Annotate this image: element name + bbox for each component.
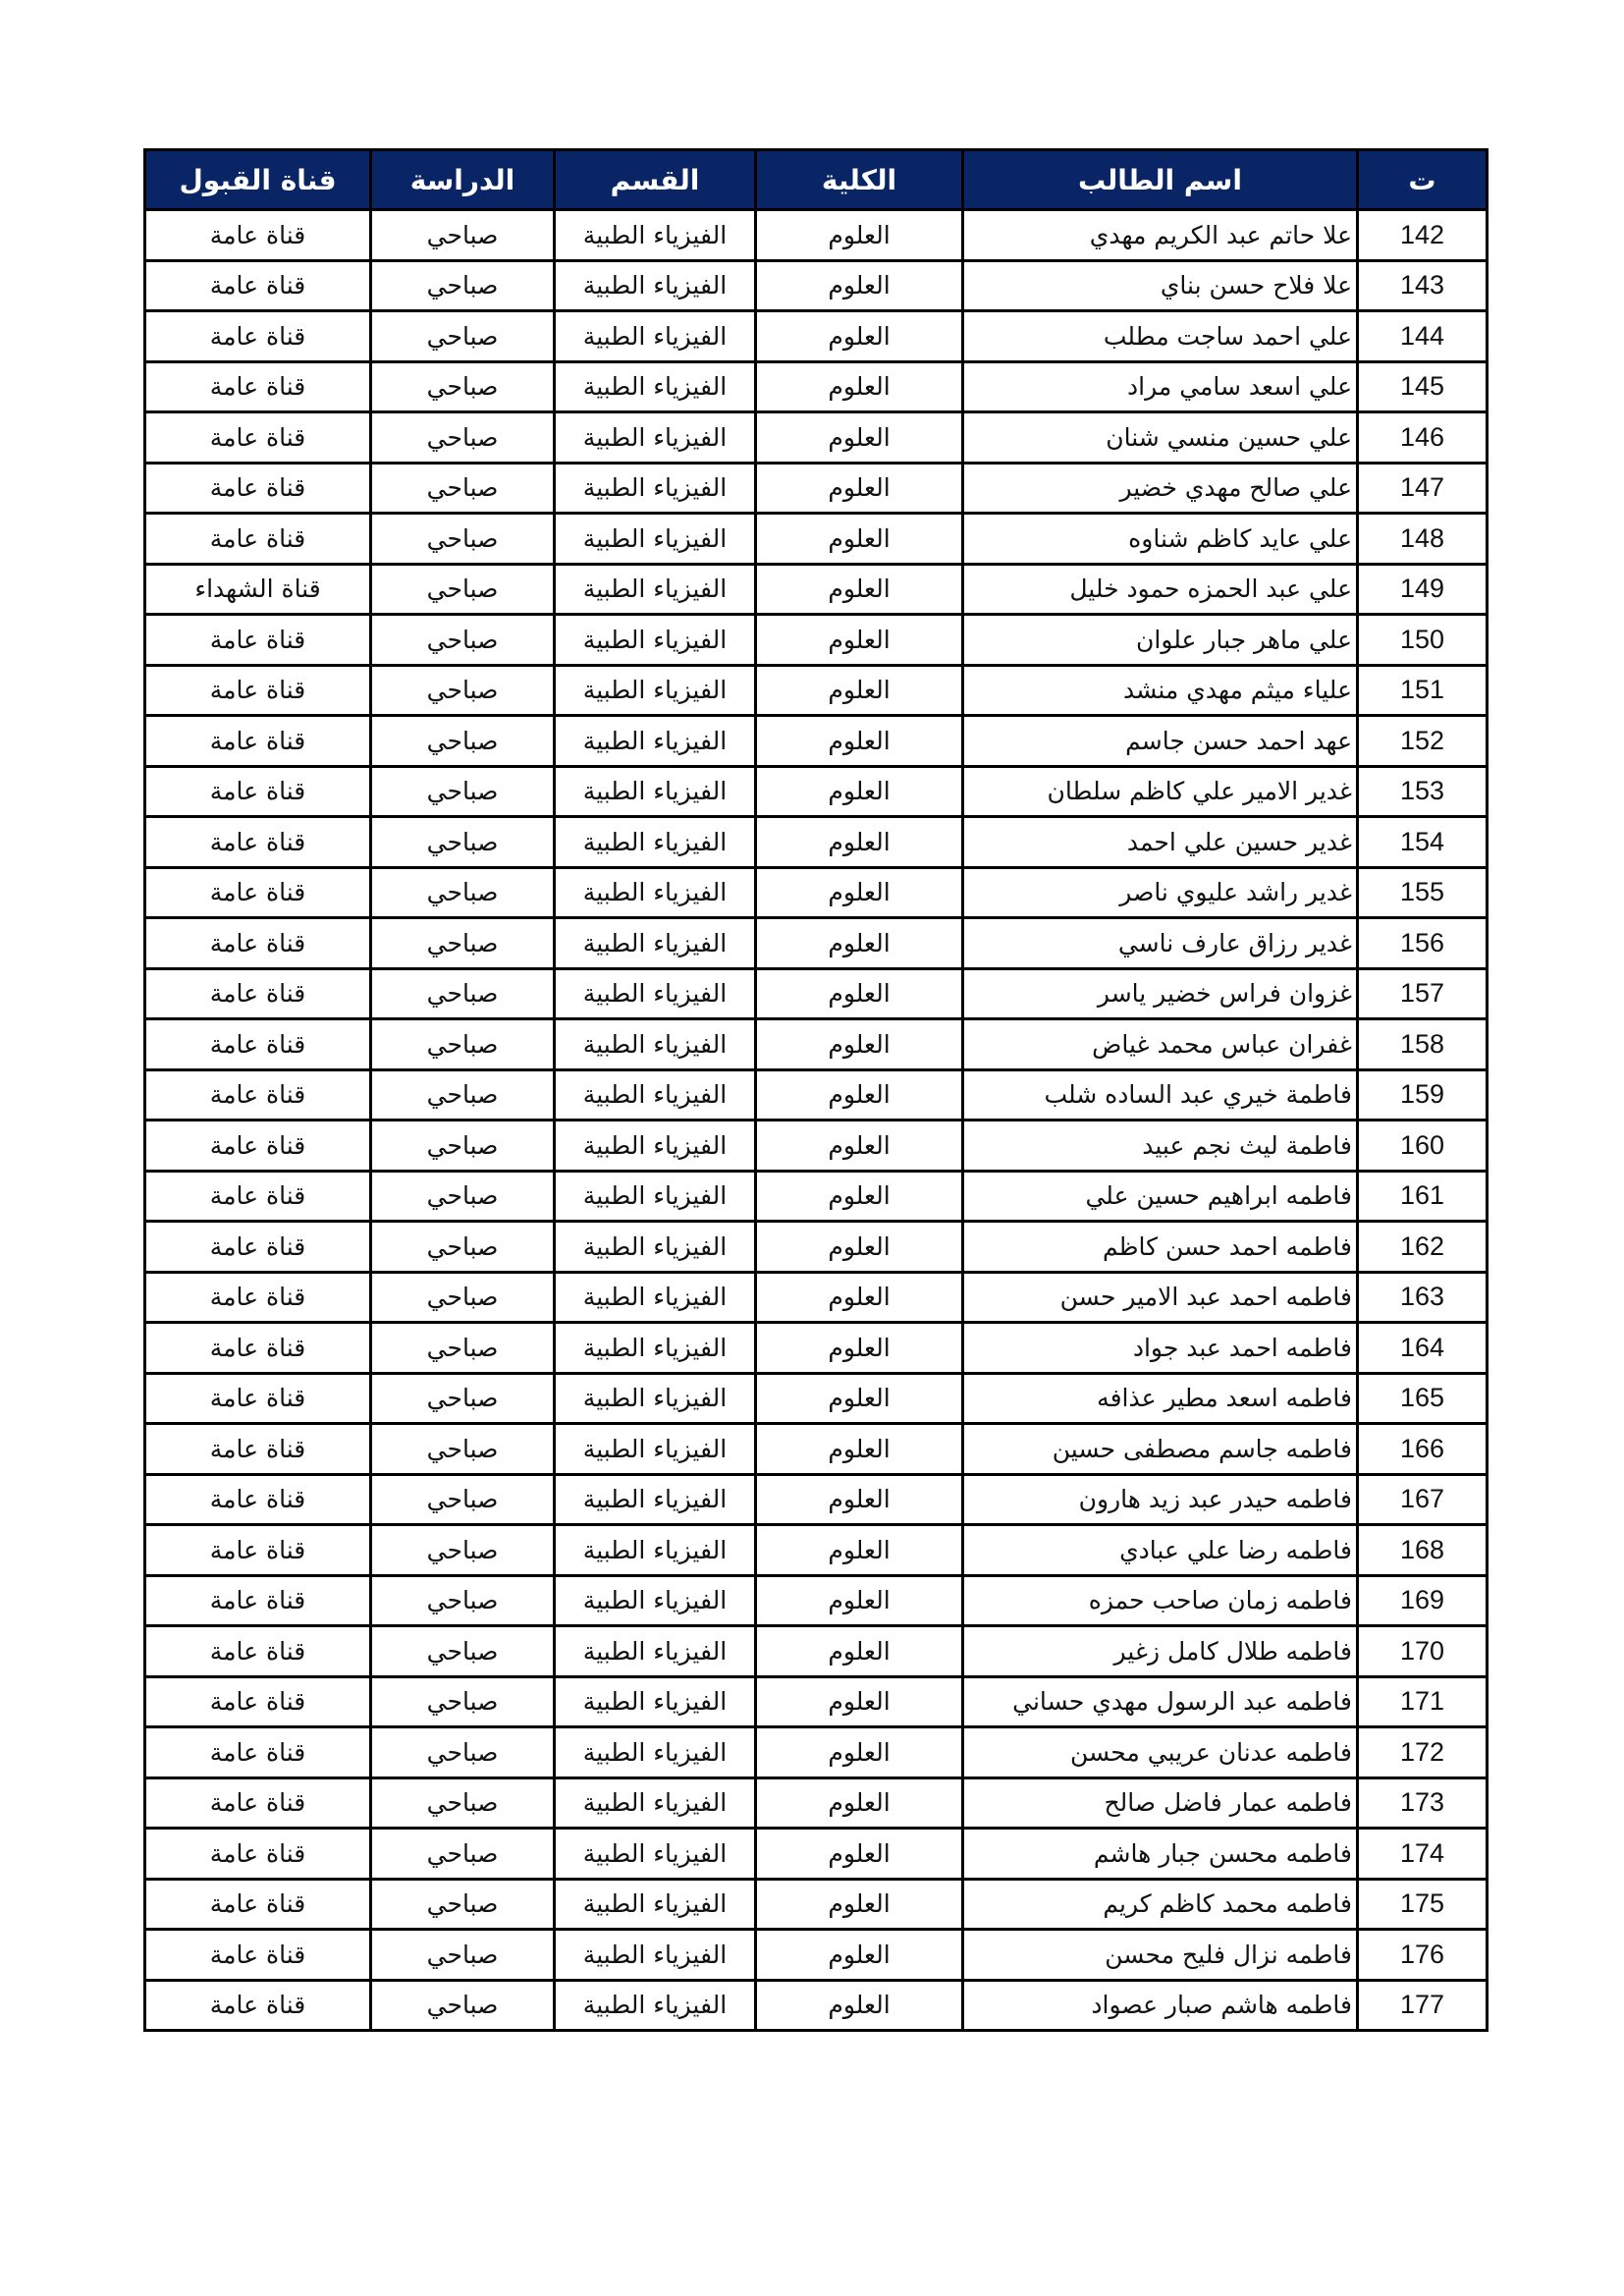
- department-cell: الفيزياء الطبية: [555, 1222, 756, 1273]
- row-num-cell: 155: [1358, 867, 1488, 918]
- student-table-container: ت اسم الطالب الكلية القسم الدراسة قناة ا…: [143, 148, 1486, 2032]
- college-cell: العلوم: [756, 1171, 963, 1222]
- row-num-cell: 157: [1358, 968, 1488, 1019]
- department-cell: الفيزياء الطبية: [555, 1019, 756, 1070]
- row-num-cell: 149: [1358, 564, 1488, 615]
- study-type-cell: صباحي: [371, 463, 555, 514]
- admission-channel-cell: قناة عامة: [145, 1222, 371, 1273]
- student-name-cell: علياء ميثم مهدي منشد: [963, 665, 1358, 716]
- table-row: 152عهد احمد حسن جاسمالعلومالفيزياء الطبي…: [145, 716, 1488, 767]
- table-row: 151علياء ميثم مهدي منشدالعلومالفيزياء ال…: [145, 665, 1488, 716]
- table-row: 165فاطمه اسعد مطير عذافهالعلومالفيزياء ا…: [145, 1373, 1488, 1424]
- row-num-cell: 156: [1358, 918, 1488, 969]
- admission-channel-cell: قناة الشهداء: [145, 564, 371, 615]
- college-cell: العلوم: [756, 1676, 963, 1727]
- table-row: 174فاطمه محسن جبار هاشمالعلومالفيزياء ال…: [145, 1829, 1488, 1880]
- college-cell: العلوم: [756, 311, 963, 362]
- study-type-cell: صباحي: [371, 1019, 555, 1070]
- student-name-cell: علي صالح مهدي خضير: [963, 463, 1358, 514]
- student-name-cell: فاطمه محسن جبار هاشم: [963, 1829, 1358, 1880]
- row-num-cell: 158: [1358, 1019, 1488, 1070]
- header-row: ت اسم الطالب الكلية القسم الدراسة قناة ا…: [145, 150, 1488, 210]
- department-cell: الفيزياء الطبية: [555, 1171, 756, 1222]
- table-row: 148علي عايد كاظم شناوهالعلومالفيزياء الط…: [145, 514, 1488, 565]
- table-row: 173فاطمه عمار فاضل صالحالعلومالفيزياء ال…: [145, 1777, 1488, 1829]
- table-row: 172فاطمه عدنان عريبي محسنالعلومالفيزياء …: [145, 1727, 1488, 1778]
- student-name-cell: فاطمه احمد عبد الامير حسن: [963, 1272, 1358, 1323]
- department-cell: الفيزياء الطبية: [555, 1069, 756, 1121]
- study-type-cell: صباحي: [371, 665, 555, 716]
- department-cell: الفيزياء الطبية: [555, 463, 756, 514]
- row-num-cell: 169: [1358, 1575, 1488, 1626]
- admission-channel-cell: قناة عامة: [145, 210, 371, 261]
- row-num-cell: 174: [1358, 1829, 1488, 1880]
- student-name-cell: علي ماهر جبار علوان: [963, 615, 1358, 666]
- admission-channel-cell: قناة عامة: [145, 463, 371, 514]
- row-num-cell: 171: [1358, 1676, 1488, 1727]
- department-cell: الفيزياء الطبية: [555, 968, 756, 1019]
- student-name-cell: علي حسين منسي شنان: [963, 412, 1358, 464]
- table-row: 168فاطمه رضا علي عباديالعلومالفيزياء الط…: [145, 1525, 1488, 1576]
- department-cell: الفيزياء الطبية: [555, 1777, 756, 1829]
- college-cell: العلوم: [756, 1777, 963, 1829]
- table-row: 154غدير حسين علي احمدالعلومالفيزياء الطب…: [145, 817, 1488, 868]
- department-cell: الفيزياء الطبية: [555, 514, 756, 565]
- row-num-cell: 146: [1358, 412, 1488, 464]
- study-type-cell: صباحي: [371, 1676, 555, 1727]
- admission-channel-cell: قناة عامة: [145, 1829, 371, 1880]
- department-cell: الفيزياء الطبية: [555, 1879, 756, 1930]
- row-num-cell: 172: [1358, 1727, 1488, 1778]
- admission-channel-cell: قناة عامة: [145, 1272, 371, 1323]
- study-type-cell: صباحي: [371, 1777, 555, 1829]
- header-num: ت: [1358, 150, 1488, 210]
- department-cell: الفيزياء الطبية: [555, 1373, 756, 1424]
- table-body: 142علا حاتم عبد الكريم مهديالعلومالفيزيا…: [145, 210, 1488, 2031]
- student-name-cell: فاطمه نزال فليح محسن: [963, 1930, 1358, 1981]
- student-name-cell: فاطمه اسعد مطير عذافه: [963, 1373, 1358, 1424]
- admission-channel-cell: قناة عامة: [145, 665, 371, 716]
- row-num-cell: 167: [1358, 1474, 1488, 1525]
- admission-channel-cell: قناة عامة: [145, 1980, 371, 2031]
- admission-channel-cell: قناة عامة: [145, 1373, 371, 1424]
- college-cell: العلوم: [756, 665, 963, 716]
- study-type-cell: صباحي: [371, 514, 555, 565]
- study-type-cell: صباحي: [371, 1525, 555, 1576]
- study-type-cell: صباحي: [371, 1879, 555, 1930]
- table-row: 143علا فلاح حسن بنايالعلومالفيزياء الطبي…: [145, 260, 1488, 311]
- admission-channel-cell: قناة عامة: [145, 615, 371, 666]
- college-cell: العلوم: [756, 1575, 963, 1626]
- study-type-cell: صباحي: [371, 615, 555, 666]
- admission-channel-cell: قناة عامة: [145, 1121, 371, 1172]
- study-type-cell: صباحي: [371, 361, 555, 412]
- study-type-cell: صباحي: [371, 817, 555, 868]
- college-cell: العلوم: [756, 867, 963, 918]
- study-type-cell: صباحي: [371, 968, 555, 1019]
- college-cell: العلوم: [756, 1930, 963, 1981]
- row-num-cell: 142: [1358, 210, 1488, 261]
- table-row: 145علي اسعد سامي مرادالعلومالفيزياء الطب…: [145, 361, 1488, 412]
- row-num-cell: 168: [1358, 1525, 1488, 1576]
- row-num-cell: 165: [1358, 1373, 1488, 1424]
- table-row: 171فاطمه عبد الرسول مهدي حسانيالعلومالفي…: [145, 1676, 1488, 1727]
- admission-channel-cell: قناة عامة: [145, 817, 371, 868]
- table-row: 153غدير الامير علي كاظم سلطانالعلومالفيز…: [145, 766, 1488, 817]
- row-num-cell: 162: [1358, 1222, 1488, 1273]
- table-row: 156غدير رزاق عارف ناسيالعلومالفيزياء الط…: [145, 918, 1488, 969]
- study-type-cell: صباحي: [371, 1272, 555, 1323]
- row-num-cell: 152: [1358, 716, 1488, 767]
- study-type-cell: صباحي: [371, 564, 555, 615]
- college-cell: العلوم: [756, 514, 963, 565]
- study-type-cell: صباحي: [371, 1474, 555, 1525]
- department-cell: الفيزياء الطبية: [555, 766, 756, 817]
- admission-channel-cell: قناة عامة: [145, 260, 371, 311]
- department-cell: الفيزياء الطبية: [555, 1980, 756, 2031]
- department-cell: الفيزياء الطبية: [555, 564, 756, 615]
- row-num-cell: 173: [1358, 1777, 1488, 1829]
- study-type-cell: صباحي: [371, 766, 555, 817]
- header-student-name: اسم الطالب: [963, 150, 1358, 210]
- department-cell: الفيزياء الطبية: [555, 1930, 756, 1981]
- college-cell: العلوم: [756, 817, 963, 868]
- row-num-cell: 161: [1358, 1171, 1488, 1222]
- table-row: 144علي احمد ساجت مطلبالعلومالفيزياء الطب…: [145, 311, 1488, 362]
- department-cell: الفيزياء الطبية: [555, 817, 756, 868]
- department-cell: الفيزياء الطبية: [555, 210, 756, 261]
- department-cell: الفيزياء الطبية: [555, 1121, 756, 1172]
- study-type-cell: صباحي: [371, 1171, 555, 1222]
- study-type-cell: صباحي: [371, 716, 555, 767]
- student-name-cell: فاطمه جاسم مصطفى حسين: [963, 1424, 1358, 1475]
- study-type-cell: صباحي: [371, 1222, 555, 1273]
- admission-channel-cell: قناة عامة: [145, 766, 371, 817]
- table-row: 146علي حسين منسي شنانالعلومالفيزياء الطب…: [145, 412, 1488, 464]
- admission-channel-cell: قناة عامة: [145, 1777, 371, 1829]
- college-cell: العلوم: [756, 260, 963, 311]
- row-num-cell: 176: [1358, 1930, 1488, 1981]
- student-name-cell: فاطمه عبد الرسول مهدي حساني: [963, 1676, 1358, 1727]
- department-cell: الفيزياء الطبية: [555, 665, 756, 716]
- college-cell: العلوم: [756, 716, 963, 767]
- study-type-cell: صباحي: [371, 918, 555, 969]
- study-type-cell: صباحي: [371, 1626, 555, 1677]
- admission-channel-cell: قناة عامة: [145, 1474, 371, 1525]
- table-row: 167فاطمه حيدر عبد زيد هارونالعلومالفيزيا…: [145, 1474, 1488, 1525]
- college-cell: العلوم: [756, 463, 963, 514]
- college-cell: العلوم: [756, 1222, 963, 1273]
- college-cell: العلوم: [756, 1019, 963, 1070]
- table-row: 161فاطمه ابراهيم حسين عليالعلومالفيزياء …: [145, 1171, 1488, 1222]
- college-cell: العلوم: [756, 564, 963, 615]
- student-name-cell: غدير راشد عليوي ناصر: [963, 867, 1358, 918]
- department-cell: الفيزياء الطبية: [555, 361, 756, 412]
- study-type-cell: صباحي: [371, 412, 555, 464]
- header-admission-channel: قناة القبول: [145, 150, 371, 210]
- college-cell: العلوم: [756, 1069, 963, 1121]
- admission-channel-cell: قناة عامة: [145, 1323, 371, 1374]
- college-cell: العلوم: [756, 918, 963, 969]
- admission-channel-cell: قناة عامة: [145, 1424, 371, 1475]
- row-num-cell: 143: [1358, 260, 1488, 311]
- department-cell: الفيزياء الطبية: [555, 1424, 756, 1475]
- study-type-cell: صباحي: [371, 210, 555, 261]
- table-row: 147علي صالح مهدي خضيرالعلومالفيزياء الطب…: [145, 463, 1488, 514]
- admission-channel-cell: قناة عامة: [145, 968, 371, 1019]
- admission-channel-cell: قناة عامة: [145, 1930, 371, 1981]
- department-cell: الفيزياء الطبية: [555, 1272, 756, 1323]
- table-row: 157غزوان فراس خضير ياسرالعلومالفيزياء ال…: [145, 968, 1488, 1019]
- row-num-cell: 166: [1358, 1424, 1488, 1475]
- student-name-cell: فاطمه عمار فاضل صالح: [963, 1777, 1358, 1829]
- header-study: الدراسة: [371, 150, 555, 210]
- college-cell: العلوم: [756, 615, 963, 666]
- admission-channel-cell: قناة عامة: [145, 361, 371, 412]
- study-type-cell: صباحي: [371, 1980, 555, 2031]
- table-row: 150علي ماهر جبار علوانالعلومالفيزياء الط…: [145, 615, 1488, 666]
- student-name-cell: علي عبد الحمزه حمود خليل: [963, 564, 1358, 615]
- table-row: 149علي عبد الحمزه حمود خليلالعلومالفيزيا…: [145, 564, 1488, 615]
- admission-channel-cell: قناة عامة: [145, 918, 371, 969]
- row-num-cell: 175: [1358, 1879, 1488, 1930]
- college-cell: العلوم: [756, 361, 963, 412]
- row-num-cell: 147: [1358, 463, 1488, 514]
- student-name-cell: علي احمد ساجت مطلب: [963, 311, 1358, 362]
- college-cell: العلوم: [756, 210, 963, 261]
- student-admission-table: ت اسم الطالب الكلية القسم الدراسة قناة ا…: [143, 148, 1489, 2032]
- college-cell: العلوم: [756, 766, 963, 817]
- row-num-cell: 177: [1358, 1980, 1488, 2031]
- student-name-cell: فاطمه زمان صاحب حمزه: [963, 1575, 1358, 1626]
- study-type-cell: صباحي: [371, 1727, 555, 1778]
- college-cell: العلوم: [756, 1121, 963, 1172]
- table-row: 160فاطمة ليث نجم عبيدالعلومالفيزياء الطب…: [145, 1121, 1488, 1172]
- student-name-cell: غفران عباس محمد غياض: [963, 1019, 1358, 1070]
- study-type-cell: صباحي: [371, 867, 555, 918]
- study-type-cell: صباحي: [371, 1930, 555, 1981]
- row-num-cell: 163: [1358, 1272, 1488, 1323]
- student-name-cell: فاطمه ابراهيم حسين علي: [963, 1171, 1358, 1222]
- student-name-cell: علا فلاح حسن بناي: [963, 260, 1358, 311]
- row-num-cell: 153: [1358, 766, 1488, 817]
- college-cell: العلوم: [756, 1879, 963, 1930]
- study-type-cell: صباحي: [371, 1373, 555, 1424]
- table-header: ت اسم الطالب الكلية القسم الدراسة قناة ا…: [145, 150, 1488, 210]
- row-num-cell: 148: [1358, 514, 1488, 565]
- college-cell: العلوم: [756, 1323, 963, 1374]
- study-type-cell: صباحي: [371, 311, 555, 362]
- department-cell: الفيزياء الطبية: [555, 615, 756, 666]
- table-row: 175فاطمه محمد كاظم كريمالعلومالفيزياء ال…: [145, 1879, 1488, 1930]
- department-cell: الفيزياء الطبية: [555, 260, 756, 311]
- table-row: 176فاطمه نزال فليح محسنالعلومالفيزياء ال…: [145, 1930, 1488, 1981]
- student-name-cell: فاطمه محمد كاظم كريم: [963, 1879, 1358, 1930]
- admission-channel-cell: قناة عامة: [145, 1727, 371, 1778]
- study-type-cell: صباحي: [371, 1575, 555, 1626]
- department-cell: الفيزياء الطبية: [555, 311, 756, 362]
- department-cell: الفيزياء الطبية: [555, 1626, 756, 1677]
- college-cell: العلوم: [756, 1980, 963, 2031]
- college-cell: العلوم: [756, 1373, 963, 1424]
- row-num-cell: 164: [1358, 1323, 1488, 1374]
- college-cell: العلوم: [756, 1829, 963, 1880]
- study-type-cell: صباحي: [371, 260, 555, 311]
- admission-channel-cell: قناة عامة: [145, 412, 371, 464]
- admission-channel-cell: قناة عامة: [145, 1525, 371, 1576]
- admission-channel-cell: قناة عامة: [145, 867, 371, 918]
- college-cell: العلوم: [756, 1525, 963, 1576]
- student-name-cell: فاطمه احمد حسن كاظم: [963, 1222, 1358, 1273]
- table-row: 164فاطمه احمد عبد جوادالعلومالفيزياء الط…: [145, 1323, 1488, 1374]
- department-cell: الفيزياء الطبية: [555, 1575, 756, 1626]
- student-name-cell: غدير الامير علي كاظم سلطان: [963, 766, 1358, 817]
- table-row: 159فاطمة خيري عبد الساده شلبالعلومالفيزي…: [145, 1069, 1488, 1121]
- admission-channel-cell: قناة عامة: [145, 1069, 371, 1121]
- student-name-cell: فاطمه احمد عبد جواد: [963, 1323, 1358, 1374]
- department-cell: الفيزياء الطبية: [555, 412, 756, 464]
- student-name-cell: غدير رزاق عارف ناسي: [963, 918, 1358, 969]
- header-department: القسم: [555, 150, 756, 210]
- row-num-cell: 151: [1358, 665, 1488, 716]
- table-row: 158غفران عباس محمد غياضالعلومالفيزياء ال…: [145, 1019, 1488, 1070]
- department-cell: الفيزياء الطبية: [555, 1727, 756, 1778]
- department-cell: الفيزياء الطبية: [555, 1676, 756, 1727]
- department-cell: الفيزياء الطبية: [555, 918, 756, 969]
- student-name-cell: غدير حسين علي احمد: [963, 817, 1358, 868]
- student-name-cell: فاطمه هاشم صبار عصواد: [963, 1980, 1358, 2031]
- table-row: 162فاطمه احمد حسن كاظمالعلومالفيزياء الط…: [145, 1222, 1488, 1273]
- study-type-cell: صباحي: [371, 1069, 555, 1121]
- department-cell: الفيزياء الطبية: [555, 867, 756, 918]
- department-cell: الفيزياء الطبية: [555, 716, 756, 767]
- row-num-cell: 145: [1358, 361, 1488, 412]
- study-type-cell: صباحي: [371, 1121, 555, 1172]
- table-row: 142علا حاتم عبد الكريم مهديالعلومالفيزيا…: [145, 210, 1488, 261]
- row-num-cell: 160: [1358, 1121, 1488, 1172]
- student-name-cell: عهد احمد حسن جاسم: [963, 716, 1358, 767]
- study-type-cell: صباحي: [371, 1323, 555, 1374]
- table-row: 169فاطمه زمان صاحب حمزهالعلومالفيزياء ال…: [145, 1575, 1488, 1626]
- row-num-cell: 159: [1358, 1069, 1488, 1121]
- admission-channel-cell: قناة عامة: [145, 1019, 371, 1070]
- admission-channel-cell: قناة عامة: [145, 1879, 371, 1930]
- table-row: 170فاطمه طلال كامل زغيرالعلومالفيزياء ال…: [145, 1626, 1488, 1677]
- department-cell: الفيزياء الطبية: [555, 1474, 756, 1525]
- admission-channel-cell: قناة عامة: [145, 1575, 371, 1626]
- student-name-cell: فاطمه طلال كامل زغير: [963, 1626, 1358, 1677]
- student-name-cell: فاطمة ليث نجم عبيد: [963, 1121, 1358, 1172]
- admission-channel-cell: قناة عامة: [145, 1676, 371, 1727]
- row-num-cell: 150: [1358, 615, 1488, 666]
- study-type-cell: صباحي: [371, 1424, 555, 1475]
- table-row: 163فاطمه احمد عبد الامير حسنالعلومالفيزي…: [145, 1272, 1488, 1323]
- student-name-cell: غزوان فراس خضير ياسر: [963, 968, 1358, 1019]
- department-cell: الفيزياء الطبية: [555, 1829, 756, 1880]
- table-row: 177فاطمه هاشم صبار عصوادالعلومالفيزياء ا…: [145, 1980, 1488, 2031]
- table-row: 155غدير راشد عليوي ناصرالعلومالفيزياء ال…: [145, 867, 1488, 918]
- college-cell: العلوم: [756, 1474, 963, 1525]
- student-name-cell: علا حاتم عبد الكريم مهدي: [963, 210, 1358, 261]
- department-cell: الفيزياء الطبية: [555, 1323, 756, 1374]
- college-cell: العلوم: [756, 412, 963, 464]
- student-name-cell: علي اسعد سامي مراد: [963, 361, 1358, 412]
- college-cell: العلوم: [756, 1727, 963, 1778]
- admission-channel-cell: قناة عامة: [145, 716, 371, 767]
- admission-channel-cell: قناة عامة: [145, 1171, 371, 1222]
- student-name-cell: علي عايد كاظم شناوه: [963, 514, 1358, 565]
- table-row: 166فاطمه جاسم مصطفى حسينالعلومالفيزياء ا…: [145, 1424, 1488, 1475]
- student-name-cell: فاطمه حيدر عبد زيد هارون: [963, 1474, 1358, 1525]
- study-type-cell: صباحي: [371, 1829, 555, 1880]
- student-name-cell: فاطمه رضا علي عبادي: [963, 1525, 1358, 1576]
- row-num-cell: 154: [1358, 817, 1488, 868]
- college-cell: العلوم: [756, 968, 963, 1019]
- college-cell: العلوم: [756, 1424, 963, 1475]
- admission-channel-cell: قناة عامة: [145, 311, 371, 362]
- row-num-cell: 144: [1358, 311, 1488, 362]
- college-cell: العلوم: [756, 1272, 963, 1323]
- student-name-cell: فاطمة خيري عبد الساده شلب: [963, 1069, 1358, 1121]
- admission-channel-cell: قناة عامة: [145, 1626, 371, 1677]
- admission-channel-cell: قناة عامة: [145, 514, 371, 565]
- student-name-cell: فاطمه عدنان عريبي محسن: [963, 1727, 1358, 1778]
- department-cell: الفيزياء الطبية: [555, 1525, 756, 1576]
- college-cell: العلوم: [756, 1626, 963, 1677]
- row-num-cell: 170: [1358, 1626, 1488, 1677]
- header-college: الكلية: [756, 150, 963, 210]
